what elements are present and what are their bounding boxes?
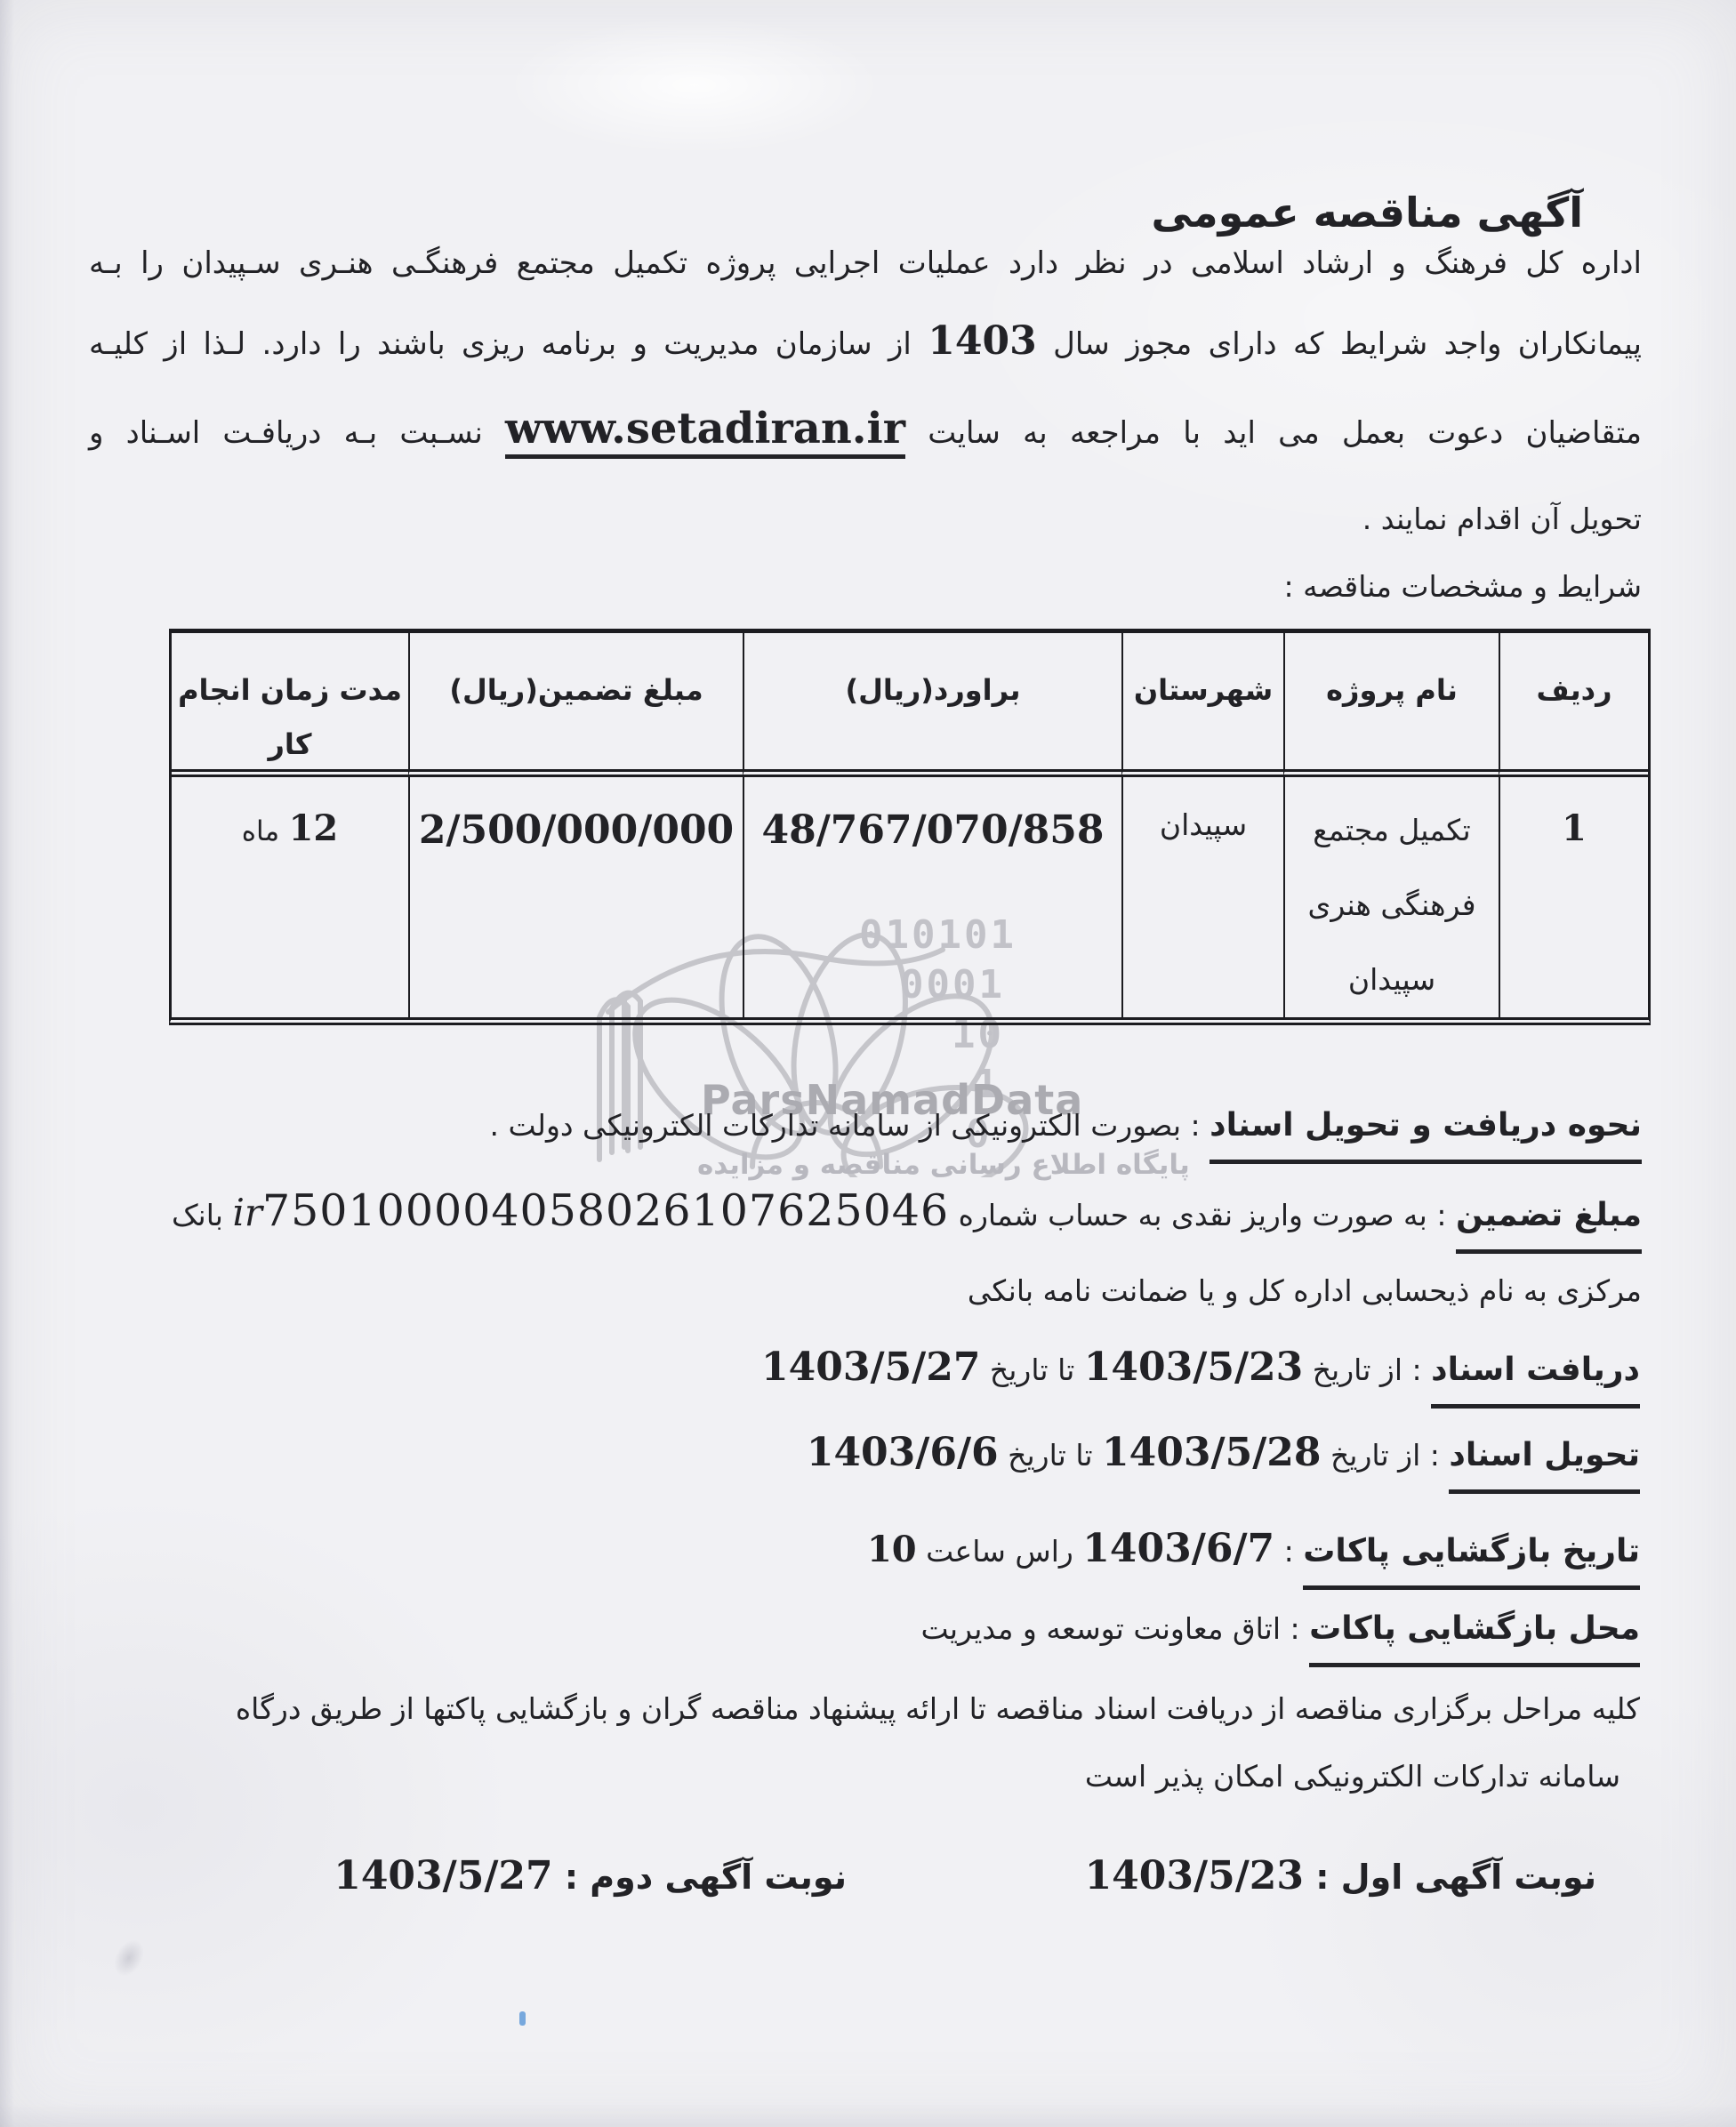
envelope-opening-hour: 10	[867, 1529, 917, 1570]
scan-smudge	[108, 1934, 150, 1981]
col-header-row-number: ردیف	[1499, 633, 1648, 777]
intro-line-2-pre: پیمانکاران واجد شرایط که دارای مجوز سال	[1037, 326, 1642, 362]
envelope-opening-venue-label: محل بازگشایی پاکات	[1309, 1606, 1640, 1667]
duration-value: 12	[289, 807, 339, 849]
account-number-digits: 750100004058026107625046	[262, 1185, 949, 1236]
table-row-project: تکمیل مجتمع فرهنگی هنری سپیدان	[1283, 777, 1499, 1017]
table-row-duration: 12 ماه	[172, 777, 408, 1017]
docs-submit-from-date: 1403/5/28	[1102, 1430, 1321, 1475]
envelope-opening-pre: :	[1274, 1534, 1303, 1569]
second-publication-line: نوبت آگهی دوم : 1403/5/27	[334, 1848, 847, 1905]
docs-receive-to-date: 1403/5/27	[761, 1344, 980, 1390]
process-note-line-1: کلیه مراحل برگزاری مناقصه از دریافت اسنا…	[236, 1688, 1640, 1730]
intro-line-4: تحویل آن اقدام نمایند .	[1362, 498, 1642, 541]
intro-line-3: متقاضیان دعوت بعمل می اید با مراجعه به س…	[89, 405, 1642, 459]
envelope-opening-date: 1403/6/7	[1082, 1526, 1274, 1571]
col-header-estimate: براورد(ریال)	[743, 633, 1121, 777]
intro-line-3-post: نسـبت بـه دریافـت اسـناد و	[89, 415, 505, 451]
license-year: 1403	[928, 318, 1036, 364]
docs-submit-mid: تا تاریخ	[999, 1438, 1102, 1473]
account-number-prefix: ir	[232, 1191, 262, 1234]
table-row-estimate: 48/767/070/858	[743, 777, 1121, 1017]
docs-delivery-method-value: : بصورت الکترونیکی از سامانه تدارکات الک…	[490, 1108, 1210, 1143]
envelope-opening-date-line: تاریخ بازگشایی پاکات : 1403/6/7 راس ساعت…	[867, 1521, 1640, 1590]
docs-submit-dates-line: تحویل اسناد : از تاریخ 1403/5/28 تا تاری…	[807, 1425, 1640, 1494]
col-header-project-name: نام پروژه	[1283, 633, 1499, 777]
second-publication-label: نوبت آگهی دوم :	[553, 1858, 847, 1897]
duration-unit: ماه	[242, 815, 279, 847]
col-header-duration: مدت زمان انجام کار	[172, 633, 408, 777]
envelope-opening-date-label: تاریخ بازگشایی پاکات	[1303, 1529, 1640, 1590]
scanned-tender-document: 010101 0001 10 1 0 ParsNamadData پایگاه …	[0, 0, 1736, 2127]
setadiran-url: www.setadiran.ir	[505, 405, 905, 459]
table-row-index: 1	[1499, 777, 1648, 1017]
second-publication-date: 1403/5/27	[334, 1853, 552, 1898]
first-publication-label: نوبت آگهی اول :	[1304, 1858, 1596, 1897]
guarantee-amount-post: بانک	[172, 1198, 223, 1232]
scan-blue-speck	[519, 2011, 526, 2026]
guarantee-amount-continuation: مرکزی به نام ذیحسابی اداره کل و یا ضمانت…	[968, 1270, 1642, 1312]
process-note-line-2: سامانه تدارکات الکترونیکی امکان پذیر است	[1085, 1755, 1620, 1798]
intro-line-3-pre: متقاضیان دعوت بعمل می اید با مراجعه به س…	[905, 415, 1642, 451]
docs-receive-label: دریافت اسناد	[1431, 1347, 1640, 1409]
intro-line-2-post: از سازمان مدیریت و برنامه ریزی باشند را …	[89, 326, 928, 362]
estimate-value: 48/767/070/858	[762, 807, 1105, 853]
col-header-county: شهرستان	[1121, 633, 1283, 777]
docs-receive-mid: تا تاریخ	[980, 1352, 1083, 1387]
docs-receive-from-date: 1403/5/23	[1084, 1344, 1303, 1390]
first-publication-line: نوبت آگهی اول : 1403/5/23	[1085, 1848, 1596, 1905]
envelope-opening-mid: راس ساعت	[917, 1534, 1083, 1569]
tender-table: ردیف نام پروژه شهرستان براورد(ریال) مبلغ…	[169, 629, 1651, 1025]
guarantee-amount-label: مبلغ تضمین	[1456, 1192, 1642, 1254]
intro-line-2: پیمانکاران واجد شرایط که دارای مجوز سال …	[89, 313, 1642, 370]
guarantee-amount-line: مبلغ تضمین : به صورت واریز نقدی به حساب …	[172, 1179, 1642, 1254]
guarantee-amount-pre: : به صورت واریز نقدی به حساب شماره	[959, 1198, 1456, 1232]
intro-line-1-text: اداره کل فرهنگ و ارشاد اسلامی در نظر دار…	[89, 245, 1642, 281]
docs-submit-to-date: 1403/6/6	[807, 1430, 999, 1475]
docs-delivery-method-label: نحوه دریافت و تحویل اسناد	[1210, 1103, 1642, 1164]
docs-receive-dates-line: دریافت اسناد : از تاریخ 1403/5/23 تا تار…	[761, 1339, 1640, 1409]
table-row-guarantee: 2/500/000/000	[408, 777, 743, 1017]
col-header-guarantee: مبلغ تضمین(ریال)	[408, 633, 743, 777]
envelope-opening-venue-value: : اتاق معاونت توسعه و مدیریت	[920, 1611, 1309, 1646]
docs-submit-pre: : از تاریخ	[1322, 1438, 1450, 1473]
row-number-value: 1	[1562, 807, 1587, 849]
docs-receive-pre: : از تاریخ	[1303, 1352, 1431, 1387]
table-row-county: سپیدان	[1121, 777, 1283, 1017]
page-title: آگهی مناقصه عمومی	[1152, 183, 1583, 243]
specs-heading: شرایط و مشخصات مناقصه :	[1284, 566, 1642, 608]
intro-line-1: اداره کل فرهنگ و ارشاد اسلامی در نظر دار…	[89, 242, 1642, 285]
docs-delivery-method-line: نحوه دریافت و تحویل اسناد : بصورت الکترو…	[490, 1103, 1643, 1164]
guarantee-value: 2/500/000/000	[419, 807, 734, 853]
envelope-opening-venue-line: محل بازگشایی پاکات : اتاق معاونت توسعه و…	[920, 1606, 1640, 1667]
docs-submit-label: تحویل اسناد	[1449, 1433, 1640, 1494]
first-publication-date: 1403/5/23	[1085, 1853, 1304, 1898]
